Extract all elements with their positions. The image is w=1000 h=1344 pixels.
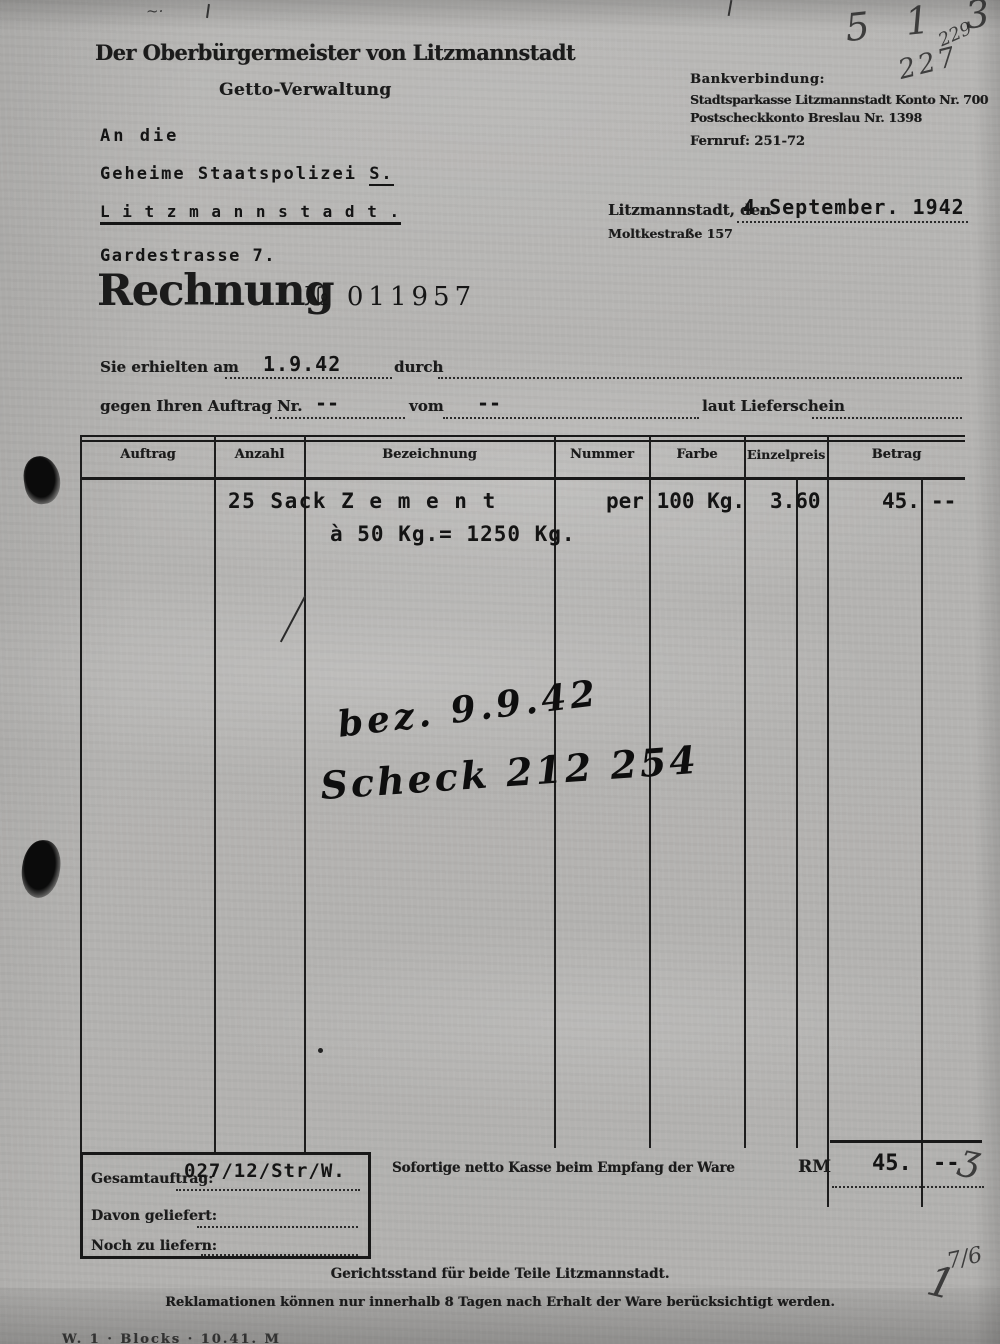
davon-geliefert-label: Davon geliefert: bbox=[91, 1208, 217, 1224]
vom-value: -- bbox=[477, 391, 501, 415]
scanned-invoice-page: Der Oberbürgermeister von Litzmannstadt … bbox=[0, 0, 1000, 1344]
footer-jurisdiction: Gerichtsstand für beide Teile Litzmannst… bbox=[0, 1266, 1000, 1282]
noch-zu-liefern-rule bbox=[201, 1254, 358, 1256]
invoice-number: № 011957 bbox=[304, 282, 476, 312]
received-label: Sie erhielten am bbox=[100, 358, 239, 376]
print-order-fragment: W. 1 · Blocks · 10.41. M bbox=[62, 1332, 281, 1344]
table-top-rule-1 bbox=[80, 435, 965, 437]
recipient-street: Gardestrasse 7. bbox=[100, 246, 276, 266]
table-column-line-anzahl bbox=[304, 435, 306, 1152]
lieferschein-label: laut Lieferschein bbox=[702, 397, 845, 415]
currency-label: RM bbox=[798, 1157, 831, 1177]
vom-rule bbox=[443, 417, 699, 419]
item-amount-pf: -- bbox=[931, 489, 956, 513]
handwritten-page-number: 227 bbox=[895, 41, 961, 86]
recipient-name: Geheime Staatspolizei S. bbox=[100, 164, 394, 184]
recipient-city: L i t z m a n n s t a d t . bbox=[100, 202, 401, 225]
phone-line: Fernruf: 251-72 bbox=[690, 134, 805, 149]
handwritten-check-number: Scheck 212 254 bbox=[319, 737, 700, 808]
column-header-einzelpreis: Einzelpreis bbox=[745, 447, 827, 462]
table-column-line-nummer bbox=[649, 435, 651, 1148]
davon-geliefert-rule bbox=[197, 1226, 358, 1228]
footer-claims-notice: Reklamationen können nur innerhalb 8 Tag… bbox=[0, 1295, 1000, 1310]
lieferschein-rule bbox=[812, 417, 962, 419]
recipient-salutation: An die bbox=[100, 126, 179, 146]
item-unit: per 100 Kg. bbox=[606, 489, 745, 513]
recipient-name-text: Geheime Staatspolizei bbox=[100, 164, 357, 184]
payment-terms: Sofortige netto Kasse beim Empfang der W… bbox=[392, 1160, 735, 1176]
handwritten-paid-date: bez. 9.9.42 bbox=[335, 672, 601, 746]
dateline-street: Moltkestraße 157 bbox=[608, 226, 733, 241]
table-left-border bbox=[80, 435, 82, 1152]
bank-account-line: Stadtsparkasse Litzmannstadt Konto Nr. 7… bbox=[690, 92, 988, 107]
table-top-rule-2 bbox=[80, 440, 965, 442]
recipient-name-initial: S. bbox=[369, 164, 393, 186]
top-edge-tick: ~· bbox=[146, 2, 163, 20]
gesamtauftrag-value: 027/12/Str/W. bbox=[184, 1160, 346, 1182]
table-column-line-auftrag bbox=[214, 435, 216, 1152]
letterhead-office: Der Oberbürgermeister von Litzmannstadt bbox=[95, 40, 575, 65]
document-title: Rechnung bbox=[97, 266, 333, 316]
item-unit-price: 3.60 bbox=[770, 489, 821, 513]
column-header-bezeichnung: Bezeichnung bbox=[305, 447, 554, 462]
gesamtauftrag-rule bbox=[176, 1189, 360, 1191]
dateline-date-value: 4.September. 1942 bbox=[743, 195, 965, 219]
stray-pen-stroke bbox=[280, 596, 306, 643]
total-amount-rm: 45. bbox=[872, 1151, 912, 1176]
table-pfennig-line-betrag bbox=[921, 477, 923, 1207]
bank-postal-line: Postscheckkonto Breslau Nr. 1398 bbox=[690, 110, 922, 125]
total-bottom-dotted-rule bbox=[832, 1186, 984, 1188]
item-description-line1: 25 Sack Z e m e n t bbox=[228, 489, 497, 513]
ink-blot-lower bbox=[19, 838, 63, 900]
table-column-line-betrag bbox=[827, 435, 829, 1207]
dateline-rule bbox=[737, 221, 968, 223]
order-label: gegen Ihren Auftrag Nr. bbox=[100, 397, 302, 415]
order-rule bbox=[270, 417, 405, 419]
received-value: 1.9.42 bbox=[263, 352, 341, 376]
durch-rule bbox=[438, 377, 962, 379]
column-header-auftrag: Auftrag bbox=[82, 447, 214, 462]
item-description-line2: à 50 Kg.= 1250 Kg. bbox=[330, 522, 576, 546]
ink-speck bbox=[318, 1048, 323, 1053]
table-header-bottom-rule bbox=[80, 477, 965, 480]
ink-blot-upper bbox=[21, 454, 63, 507]
durch-label: durch bbox=[394, 358, 443, 376]
item-amount-rm: 45. bbox=[882, 489, 920, 513]
column-header-nummer: Nummer bbox=[555, 447, 649, 462]
letterhead-department: Getto-Verwaltung bbox=[219, 80, 392, 100]
column-header-anzahl: Anzahl bbox=[215, 447, 304, 462]
total-top-rule bbox=[830, 1140, 982, 1143]
noch-zu-liefern-label: Noch zu liefern: bbox=[91, 1238, 217, 1254]
table-pfennig-line-einzelpreis bbox=[796, 477, 798, 1148]
order-value: -- bbox=[315, 391, 339, 415]
table-column-line-farbe bbox=[744, 435, 746, 1148]
bank-label: Bankverbindung: bbox=[690, 72, 825, 87]
column-header-farbe: Farbe bbox=[650, 447, 744, 462]
vom-label: vom bbox=[409, 397, 444, 415]
column-header-betrag: Betrag bbox=[828, 447, 965, 462]
total-amount-pf: -- bbox=[933, 1151, 960, 1176]
received-rule bbox=[225, 377, 392, 379]
